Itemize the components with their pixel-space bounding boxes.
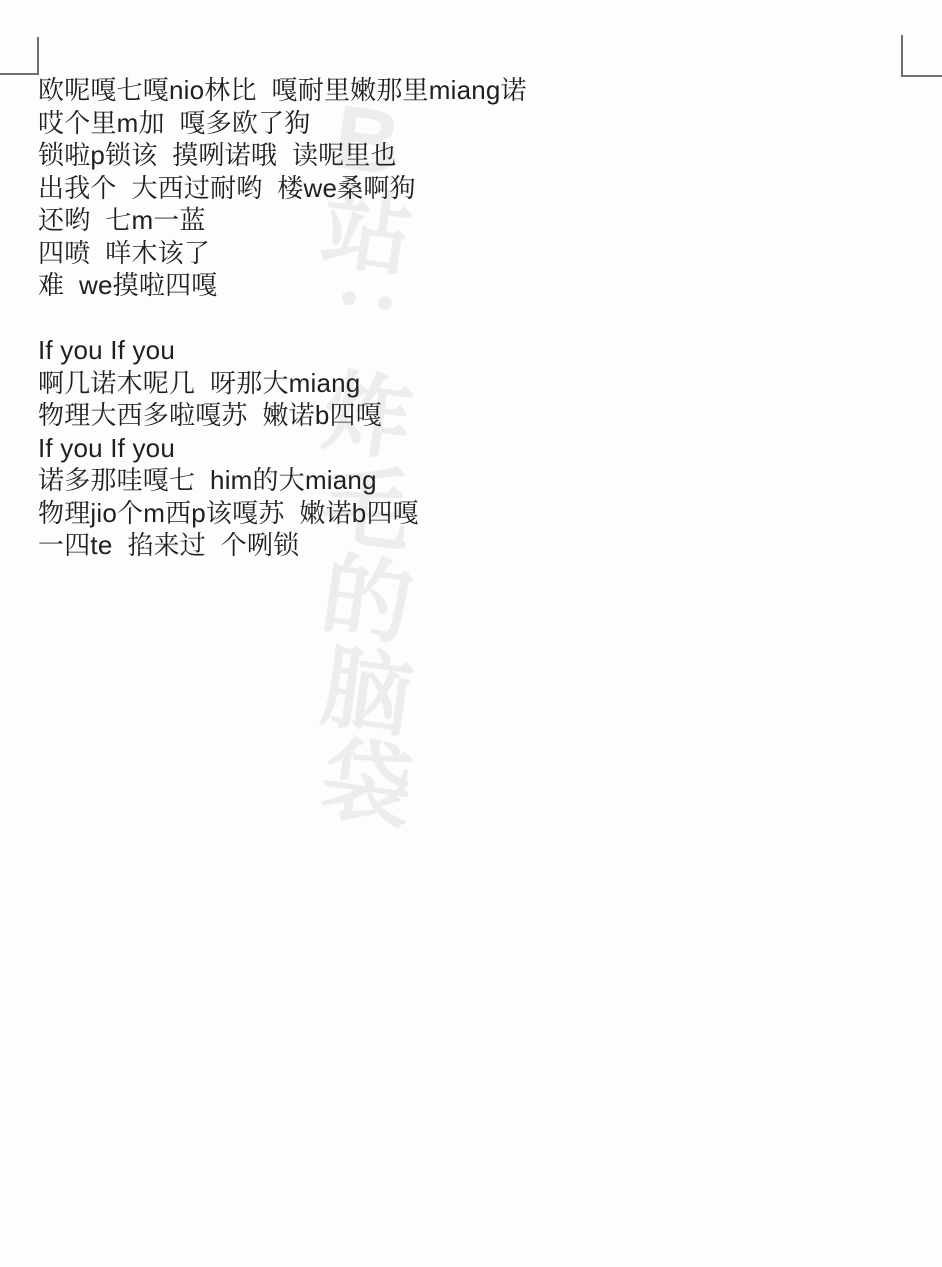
lyric-line: 出我个 大西过耐哟 楼we桑啊狗 bbox=[38, 172, 527, 205]
watermark-char: 的 bbox=[316, 549, 418, 653]
lyric-line: 锁啦p锁该 摸咧诺哦 读呢里也 bbox=[38, 139, 527, 172]
corner-mark-top-right-icon bbox=[901, 35, 942, 77]
watermark-char: 脑 bbox=[316, 641, 418, 745]
lyric-line: 难 we摸啦四嘎 bbox=[38, 269, 527, 302]
lyric-line: If you If you bbox=[38, 334, 527, 367]
lyric-line: If you If you bbox=[38, 432, 527, 465]
lyric-line: 物理jio个m西p该嘎苏 嫩诺b四嘎 bbox=[38, 497, 527, 530]
lyrics-verse-1: 欧呢嘎七嘎nio林比 嘎耐里嫩那里miang诺 哎个里m加 嘎多欧了狗 锁啦p锁… bbox=[38, 74, 527, 302]
corner-mark-top-left-icon bbox=[0, 37, 39, 75]
lyric-line: 哎个里m加 嘎多欧了狗 bbox=[38, 107, 527, 140]
lyric-line: 一四te 掐来过 个咧锁 bbox=[38, 529, 527, 562]
lyrics-text: 欧呢嘎七嘎nio林比 嘎耐里嫩那里miang诺 哎个里m加 嘎多欧了狗 锁啦p锁… bbox=[38, 74, 527, 562]
lyric-line: 啊几诺木呢几 呀那大miang bbox=[38, 367, 527, 400]
lyric-line: 四喷 咩木该了 bbox=[38, 237, 527, 270]
lyric-line: 诺多那哇嘎七 him的大miang bbox=[38, 464, 527, 497]
watermark-char: 袋 bbox=[316, 733, 418, 837]
lyrics-verse-2: If you If you 啊几诺木呢几 呀那大miang 物理大西多啦嘎苏 嫩… bbox=[38, 334, 527, 562]
lyric-line: 还哟 七m一蓝 bbox=[38, 204, 527, 237]
lyric-line: 物理大西多啦嘎苏 嫩诺b四嘎 bbox=[38, 399, 527, 432]
lyric-line: 欧呢嘎七嘎nio林比 嘎耐里嫩那里miang诺 bbox=[38, 74, 527, 107]
